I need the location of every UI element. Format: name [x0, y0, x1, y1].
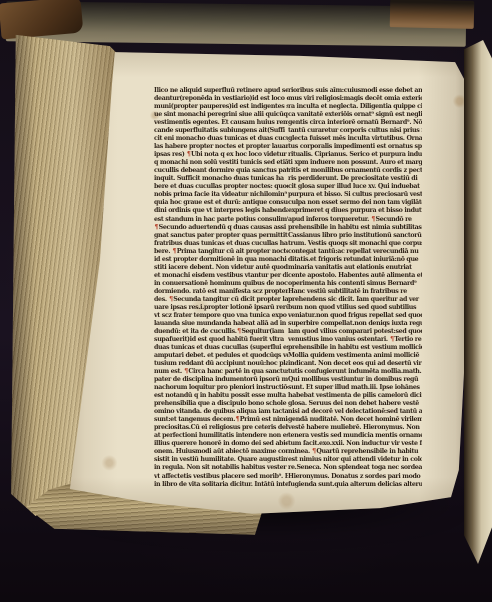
text-line: muni(propter pauperes)id est indigentes …	[154, 103, 288, 111]
text-line: bere. ¶Prima tangitur cū ait propter noc…	[154, 248, 288, 256]
text-line: cit glosa super illud luce xv. Qui indue…	[288, 183, 422, 191]
text-line: pater de disciplina indumentorū ipsorū m…	[154, 376, 288, 384]
text-line: ti xpm induere non possunt. Auro et marg…	[288, 159, 422, 167]
text-line: operimenta his contenti simus Bernard⁹	[288, 280, 422, 288]
text-line: mus viri religiosi:magis decēt omia exte…	[288, 95, 422, 103]
text-line: contegat tantū:ac repellat verecundiā nu	[288, 248, 422, 256]
rubric-pilcrow: ¶	[154, 224, 159, 231]
text-line: Qui mollibus vestiuntur in domibus regū	[288, 376, 422, 384]
rubric-pilcrow: ¶	[237, 328, 242, 335]
text-line: quia hoc graue est et durū: antique cons…	[154, 199, 288, 207]
text-line: ¶Secundo aduertendū q duas causas assi	[154, 224, 288, 232]
rubric-pilcrow: ¶	[312, 448, 317, 455]
text-line: Hanc vestiū subtilitatē in fratribus re	[288, 288, 422, 296]
text-line: sunt. Et super illud math.iii. Ipse iohā…	[288, 384, 422, 392]
text-line: prehensibilia que a discipulo bono schol…	[154, 400, 288, 408]
text-line: bum non quod vtilius sed quod subtilius	[288, 304, 422, 312]
text-line: superbire compellat.non deniqs iuxta reg…	[288, 320, 422, 328]
text-line: venustius imo vanius ostentari. ¶Tertio …	[288, 336, 422, 344]
text-line: q monachi non solū vestiti tunicis sed e…	[154, 159, 288, 167]
text-line: purpura et bisso. Si cultus preciosarū v…	[288, 191, 422, 199]
text-line: tusium reddant dū accipiunt nouū:hoc pla	[154, 360, 288, 368]
text-line: nachorum loquitur pro pleniori instructi…	[154, 384, 288, 392]
text-line: minea. ¶Quartū reprehensibile in habitu	[288, 448, 422, 456]
facing-page-sliver	[464, 40, 492, 564]
text-line: vestē habere muliebrē. Hieronymus. Non	[288, 424, 422, 432]
text-line: duas tunicas et duas cucullas (superflui…	[154, 344, 288, 352]
text-line: bere et duas cucullas propter noctes: qu…	[154, 183, 288, 191]
text-line: sunt:et tangemus decem.¶Primū est nimia	[154, 416, 288, 424]
text-line: gnat sanctus pater propter quas permitti…	[154, 232, 288, 240]
text-line: inquit. Sufficit monacho duas tunicas ha	[154, 175, 288, 183]
rubric-pilcrow: ¶	[172, 248, 177, 255]
text-line: stiti iacere debent. Non videtur autē qu…	[154, 264, 288, 272]
text-line: cit eni monacho duas tunicas et duas cuc…	[154, 135, 288, 143]
text-line: in libro de vita solitaria dicitur. Intā…	[154, 481, 288, 489]
text-line: fratribus duas tunicas et duas cucullas …	[154, 240, 288, 248]
text-line: preciositas.Cū eī religiosus pre ceteris…	[154, 424, 288, 432]
text-line: Hieronymus. Donatus z sordes pari modo	[288, 473, 422, 481]
text-line: ca vanitatē exteriōis ornat⁹ signū est n…	[288, 111, 422, 119]
text-line: prehendens sic dicit. Iam queritur ad ve…	[288, 296, 422, 304]
rubric-pilcrow: ¶	[169, 296, 174, 303]
text-column-right: rioribus suis aīm:cuiusmodi esse debet a…	[288, 87, 422, 489]
text-line: ipsas res) ¶Ubi nota q ex hoc loco videt…	[154, 151, 288, 159]
text-line: illius querere honorē in domo dei sed ab…	[154, 440, 288, 448]
text-line: des. ¶Secunda tangitur cū dicit propter …	[154, 296, 288, 304]
text-line: est notandū q in habitu possit esse mult…	[154, 392, 288, 400]
text-line: tum facit.exo.xxii. Non inductur vir ves…	[288, 440, 422, 448]
text-line: duendū: et ita de cucullis.¶Sequitur(iam	[154, 328, 288, 336]
text-line: cande superfluitatis subiungens ait(Suff…	[154, 127, 288, 135]
text-line: dini ordinis que vt interpres legis habe…	[154, 207, 288, 215]
rubric-pilcrow: ¶	[371, 216, 376, 223]
text-line: est standum in hac parte potius consulim…	[154, 216, 288, 224]
rubric-pilcrow: ¶	[186, 151, 191, 158]
text-line: trum. Vestis quoqs sit monachi que corpu…	[288, 240, 422, 248]
text-line: et monachi eisdem vestibus vtantur per d…	[154, 272, 288, 280]
text-line: ritis et monilibus ornamentū cordis z pe…	[288, 167, 422, 175]
text-line: vt affectetis vestibus placere sed morib…	[154, 473, 288, 481]
text-line: ra inculta et neglecta. Diligentia quipp…	[288, 103, 422, 111]
rubric-pilcrow: ¶	[235, 416, 240, 423]
text-line: tenera vestis sed mundicia mentis orname…	[288, 432, 422, 440]
text-line: lam quod vilius comparari potest:sed quo…	[288, 328, 422, 336]
text-line: minaria vanitatis aut elationis enutriat	[288, 264, 422, 272]
text-line: lauanda siue mundanda habeat aliā ad in	[154, 320, 288, 328]
text-line: tantū curaretur corporis cultus nisi pri…	[288, 127, 422, 135]
text-line: vestimentis egentes. Et causam huius rem…	[154, 119, 288, 127]
rubric-pilcrow: ¶	[390, 336, 395, 343]
text-line: amputari debet. et pedules et quodcūqs v…	[154, 352, 288, 360]
text-line: glecta fuisset mēs inculta virtutibus. O…	[288, 135, 422, 143]
text-line: nisi ad decorē vel delectationē:sed tant…	[288, 408, 422, 416]
text-line: habebat vestimenta de pilis camelorū dic…	[288, 392, 422, 400]
text-line: apud inferos torqueretur. ¶Secundō re	[288, 216, 422, 224]
text-line: gentis circa interiorē ornatū Bernard⁹. …	[288, 119, 422, 127]
text-line: ritualis. Ciprianus. Serico et purpura i…	[288, 151, 422, 159]
text-line: re.Seneca. Non splendeat toga nec sordea…	[288, 464, 422, 472]
text-line: indicant. Non decet eos qui ad desertū v…	[288, 360, 422, 368]
text-line: dormiendo. ratō est manifesta scz propte…	[154, 288, 288, 296]
text-line: vt scz frater tempore quo vna tunica exp…	[154, 312, 288, 320]
headband	[390, 0, 475, 29]
text-line: tutis confugierunt indumēta mollia.math.	[288, 368, 422, 376]
text-line: gendā nuditatē. Non decet hominē virilem	[288, 416, 422, 424]
text-line: nobis prima facie ita videatur nichilomi…	[154, 191, 288, 199]
text-line: ris perdiderunt. De preciositate vestiū …	[288, 175, 422, 183]
text-line: glosa. Seruus dei non debet habere vestē	[288, 400, 422, 408]
text-line: Cassianus libro prio institutionū sancto…	[288, 232, 422, 240]
text-line: uare ipsas res.i.propter lotionē ipsarū …	[154, 304, 288, 312]
text-line: exprimeret q diues purpura et bisso indu…	[288, 207, 422, 215]
text-line: sistit in vestiū humilitate. Quare augus…	[154, 456, 288, 464]
text-line: fugienda sunt.quia alterum delicias alte…	[288, 481, 422, 489]
text-line: Ilico ne aliquid superfluū retinere apud…	[154, 87, 288, 95]
text-line: rioribus suis aīm:cuiusmodi esse debet a…	[288, 87, 422, 95]
text-line: at perfectioni humilitatis intendere non…	[154, 432, 288, 440]
text-line: onem. Huiusmodi aūt abiectō maxime con	[154, 448, 288, 456]
text-line: in conuersationē hominum quibus de nocte	[154, 280, 288, 288]
text-line: ditatis.et frigoris retundat iniuriā:nō …	[288, 256, 422, 264]
text-line: deantur(reponēda in vestiario)id est loc…	[154, 95, 288, 103]
text-line: supafuerit)id est quod habitū fuerit vlt…	[154, 336, 288, 344]
text-line: las habere propter noctes et propter lau…	[154, 143, 288, 151]
text-line: tus corporalis impedimenti est ornatus s…	[288, 143, 422, 151]
text-line: ue sint monachi peregrini siue alii quic…	[154, 111, 288, 119]
text-line: cucullis debeant dormire quia sanctus pa…	[154, 167, 288, 175]
text-column-left: Ilico ne aliquid superfluū retinere apud…	[154, 87, 288, 489]
text-line: prehensibile in habitu est nimia subtili…	[288, 224, 422, 232]
rubric-pilcrow: ¶	[184, 368, 189, 375]
text-line: veniatur.non quod frigus repellat sed qu…	[288, 312, 422, 320]
text-line: num est. ¶Circa hanc partē in qua sanctu…	[154, 368, 288, 376]
text-line: est nimius nitor qui attendi videtur in …	[288, 456, 422, 464]
text-line: omino vitanda. de quibus aliqua iam tact…	[154, 408, 288, 416]
text-line: id est propter dormitionē in qua monachi…	[154, 256, 288, 264]
text-line: cente apostolo. Habentes autē alimenta e…	[288, 272, 422, 280]
text-line: culpa non esset sermo dei non tam vigilā…	[288, 199, 422, 207]
text-line: in regula. Non sit notabilis habitus ves…	[154, 464, 288, 472]
text-line: prehensibile in habitu est vestium molli…	[288, 344, 422, 352]
text-line: Mollia quidem vestimenta animi molliciē	[288, 352, 422, 360]
